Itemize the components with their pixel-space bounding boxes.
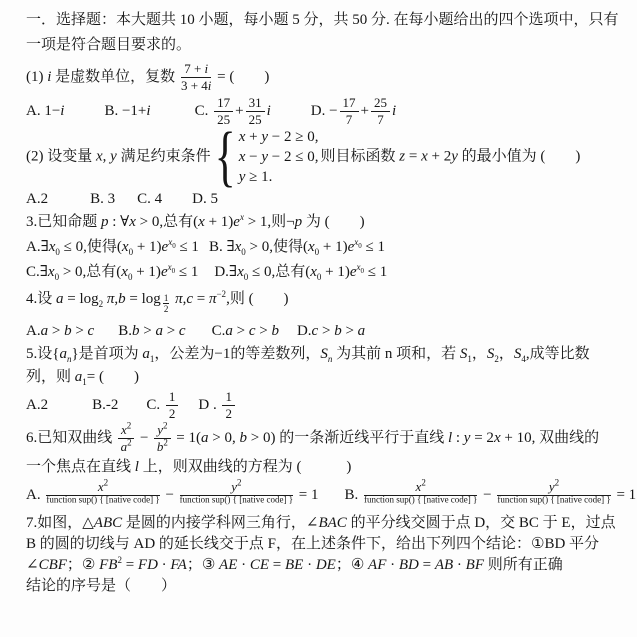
text-run: + (245, 129, 261, 145)
text-run: = 2 (470, 430, 493, 446)
text-run: ；④ (336, 557, 368, 573)
fraction: y2function sup() { [native code] } (497, 480, 610, 512)
left-brace-glyph: { (215, 123, 236, 191)
text-run: > (255, 323, 271, 339)
text-run: }是首项为 (71, 346, 142, 362)
text-run: 为 ( ) (302, 214, 365, 230)
q2-stem: (2) 设变量 x, y 满足约束条件{x + y − 2 ≥ 0,x − y … (26, 127, 619, 187)
text-run: A.∃ (26, 239, 49, 255)
superscript: 2 (163, 438, 168, 448)
q5-stem-2: 列，则 a1= ( ) (26, 367, 619, 388)
superscript: x0 (168, 262, 176, 272)
text-run: > 0, (209, 430, 240, 446)
text-run: + (235, 103, 243, 119)
text-run: 的平分线交圆于点 D，交 BC 于 E，过点 (347, 515, 616, 531)
text-run: 6.已知双曲线 (26, 430, 116, 446)
q4-stem: 4.设 a = log2 π,b = log12 π,c = π−2,则 ( ) (26, 289, 619, 314)
text-run: > (163, 323, 179, 339)
text-run: 则所有正确 (484, 557, 563, 573)
text-run: + 1) (133, 239, 161, 255)
text-run: 一．选择题：本大题共 10 小题，每小题 5 分，共 50 分. 在每小题给出的… (26, 12, 619, 28)
text-run: ，公差为−1的等差数列， (154, 346, 320, 362)
math-variable: FB (99, 557, 117, 573)
option-gap (48, 202, 90, 203)
fraction: 12 (166, 390, 179, 422)
text-run: A.2 (26, 397, 48, 413)
text-run: > 1,则¬ (244, 214, 295, 230)
text-run: = (419, 557, 435, 573)
text-run: 上，则双曲线的方程为 ( ) (139, 459, 352, 475)
intro-line-2: 一项是符合题目要求的。 (26, 35, 619, 56)
math-variable: AF (368, 557, 386, 573)
q7-stem-1: 7.如图，△ABC 是圆的内接学科网三角行，∠BAC 的平分线交圆于点 D，交 … (26, 513, 619, 534)
math-variable: x (237, 264, 244, 280)
q6-stem-1: 6.已知双曲线 x2a2 − y2b2 = 1(a > 0, b > 0) 的一… (26, 423, 619, 455)
option-gap (199, 250, 209, 251)
superscript: 2 (237, 477, 242, 487)
text-run: B 的圆的切线与 AD 的延长线交于点 F，在上述条件下，给出下列四个结论：①B… (26, 536, 599, 552)
math-variable: x (421, 149, 428, 165)
text-run: ,成等比数 (526, 346, 590, 362)
q1-options: A. 1−iB. −1+iC. 1725+3125iD. −177+257i (26, 96, 619, 128)
math-variable: a (155, 323, 163, 339)
fraction: 7 + i3 + 4i (181, 62, 211, 94)
math-variable: BAC (318, 515, 346, 531)
text-run: C.∃ (26, 264, 48, 280)
fraction: x2a2 (118, 423, 134, 455)
math-variable: i (60, 103, 64, 119)
math-variable: x (96, 149, 103, 165)
text-run: = 1 (295, 487, 318, 503)
math-variable: FA (170, 557, 186, 573)
fraction: 12 (222, 390, 235, 422)
superscript: x0 (168, 237, 176, 247)
constraint-row: x + y − 2 ≥ 0, (239, 127, 319, 147)
text-run: − 2 ≥ 0, (268, 129, 318, 145)
math-variable: ABC (94, 515, 122, 531)
q3-options-ab: A.∃x0 ≤ 0,使得(x0 + 1)ex0 ≤ 1B. ∃x0 > 0,使得… (26, 237, 619, 258)
q6-options: A. x2function sup() { [native code] } − … (26, 480, 619, 512)
text-run: > (48, 323, 64, 339)
text-run: > 0,总有( (136, 214, 198, 230)
text-run: > (342, 323, 358, 339)
math-variable: x (310, 264, 317, 280)
math-variable: i (146, 103, 150, 119)
text-run: 的最小值为 ( ) (458, 149, 581, 165)
math-variable: a (56, 291, 64, 307)
text-run: C. (195, 103, 213, 119)
text-run: + 2 (428, 149, 451, 165)
text-run: > (233, 323, 249, 339)
text-run: ≤ 1 (175, 264, 198, 280)
text-run: 是圆的内接学科网三角行，∠ (122, 515, 318, 531)
text-run: B. −1+ (104, 103, 146, 119)
text-run: > 0,使得( (246, 239, 308, 255)
text-run: A.2 (26, 191, 48, 207)
text-run: ≤ 0,使得( (60, 239, 122, 255)
math-variable: a (59, 346, 67, 362)
text-run: = ( ) (87, 369, 139, 385)
intro-line-1: 一．选择题：本大题共 10 小题，每小题 5 分，共 50 分. 在每小题给出的… (26, 10, 619, 31)
math-variable: BE (285, 557, 303, 573)
text-run: > 0,总有( (59, 264, 121, 280)
math-variable: CE (250, 557, 269, 573)
text-run: D. − (311, 103, 338, 119)
text-run: (2) 设变量 (26, 149, 96, 165)
math-variable: a (142, 346, 150, 362)
text-run: · (453, 557, 466, 573)
text-run: 满足约束条件 (117, 149, 211, 165)
q7-stem-4: 结论的序号是（ ） (26, 576, 619, 597)
math-variable: c (88, 323, 95, 339)
q1-stem: (1) i 是虚数单位，复数 7 + i3 + 4i = ( ) (26, 62, 619, 94)
text-run: > (72, 323, 88, 339)
text-run: 是虚数单位，复数 (51, 69, 179, 85)
option-gap (279, 334, 297, 335)
math-variable: b (118, 291, 126, 307)
math-variable: b (64, 323, 72, 339)
text-run: + 1) (132, 264, 160, 280)
q5-options: A.2B.-2C. 12D . 12 (26, 390, 619, 422)
text-run: ， (472, 346, 487, 362)
text-run: ≤ 1 (362, 239, 385, 255)
option-gap (64, 114, 104, 115)
fraction: 257 (371, 96, 390, 128)
superscript: function sup() { [native code] } (46, 495, 159, 505)
superscript: x0 (357, 262, 365, 272)
math-variable: p (295, 214, 303, 230)
text-run: = (405, 149, 421, 165)
text-run: = 1( (173, 430, 201, 446)
superscript: 2 (104, 477, 109, 487)
text-run: − (136, 430, 152, 446)
option-gap (198, 275, 214, 276)
math-variable: FD (138, 557, 158, 573)
text-run: 列，则 (26, 369, 75, 385)
fraction: y2function sup() { [native code] } (180, 480, 293, 512)
text-run: · (386, 557, 399, 573)
superscript: 2 (127, 438, 132, 448)
text-run: D. (297, 323, 312, 339)
math-variable: e (233, 214, 240, 230)
text-run: 一个焦点在直线 (26, 459, 135, 475)
text-run: D . (198, 397, 220, 413)
math-variable: a (41, 323, 49, 339)
text-run: A. 1− (26, 103, 60, 119)
option-gap (48, 408, 92, 409)
text-run: 一项是符合题目要求的。 (26, 37, 191, 53)
math-variable: AB (435, 557, 453, 573)
q3-stem: 3.已知命题 p : ∀x > 0,总有(x + 1)ex > 1,则¬p 为 … (26, 212, 619, 233)
q4-options: A.a > b > cB.b > a > cC.a > c > bD.c > b… (26, 321, 619, 342)
text-run: A. (26, 487, 44, 503)
text-run: − 2 ≤ 0, (268, 149, 318, 165)
math-variable: S (320, 346, 328, 362)
math-variable: b (239, 430, 247, 446)
superscript: 2 (421, 477, 426, 487)
text-run: B. ∃ (209, 239, 235, 255)
text-run: − (245, 149, 261, 165)
math-variable: y (110, 149, 117, 165)
text-run: = log (64, 291, 99, 307)
text-run: ≤ 0,总有( (248, 264, 310, 280)
option-gap (115, 202, 137, 203)
superscript: 2 (127, 421, 132, 431)
text-run: 3.已知命题 (26, 214, 101, 230)
q3-options-cd: C.∃x0 > 0,总有(x0 + 1)ex0 ≤ 1D.∃x0 ≤ 0,总有(… (26, 262, 619, 283)
math-variable: x (122, 239, 129, 255)
text-run: > 0) 的一条渐近线平行于直线 (247, 430, 448, 446)
superscript: function sup() { [native code] } (180, 495, 293, 505)
math-variable: a (201, 430, 209, 446)
option-gap (94, 334, 118, 335)
text-run: ,则 ( ) (226, 291, 289, 307)
fraction: x2function sup() { [native code] } (46, 480, 159, 512)
math-variable: y (451, 149, 458, 165)
text-run: (1) (26, 69, 47, 85)
math-variable: CBF (39, 557, 67, 573)
math-variable: x (129, 214, 136, 230)
superscript: −2 (216, 289, 226, 299)
text-run: B. (118, 323, 132, 339)
math-variable: x (121, 264, 128, 280)
math-variable: b (271, 323, 279, 339)
math-variable: π (175, 291, 183, 307)
text-run: + 1) (321, 264, 349, 280)
text-run: − (479, 487, 495, 503)
text-run: B. (345, 487, 363, 503)
option-gap (180, 408, 198, 409)
superscript: 2 (555, 477, 560, 487)
text-run: 5.设{ (26, 346, 59, 362)
text-run: = log (126, 291, 161, 307)
q6-stem-2: 一个焦点在直线 l 上，则双曲线的方程为 ( ) (26, 457, 619, 478)
text-run: ∠ (26, 557, 39, 573)
text-run: > (318, 323, 334, 339)
log-base-fraction: 12 (163, 293, 170, 315)
text-run: ≤ 1 (176, 239, 199, 255)
text-run: : (452, 430, 464, 446)
text-run: > (139, 323, 155, 339)
fraction: 177 (340, 96, 359, 128)
text-run: · (158, 557, 171, 573)
fraction: y2b2 (154, 423, 170, 455)
option-gap (319, 498, 345, 499)
text-run: B.-2 (92, 397, 118, 413)
text-run: C. 4 (137, 191, 162, 207)
text-run: ；② (67, 557, 99, 573)
text-run: · (237, 557, 250, 573)
superscript: function sup() { [native code] } (364, 495, 477, 505)
text-run: C. (146, 397, 164, 413)
text-run: = ( ) (213, 69, 269, 85)
constraint-row: y ≥ 1. (239, 167, 319, 187)
text-run: = (122, 557, 138, 573)
text-run: 则目标函数 (321, 149, 400, 165)
option-gap (118, 408, 146, 409)
superscript: function sup() { [native code] } (497, 495, 610, 505)
math-variable: p (101, 214, 109, 230)
math-variable: x (308, 239, 315, 255)
math-variable: e (161, 264, 168, 280)
text-run: 7 + (184, 61, 204, 76)
math-variable: x (494, 430, 501, 446)
math-variable: x (198, 214, 205, 230)
math-variable: a (225, 323, 233, 339)
text-run: C. (212, 323, 226, 339)
text-run: 结论的序号是（ ） (26, 578, 176, 594)
math-variable: BF (466, 557, 484, 573)
text-run: ；③ (187, 557, 219, 573)
text-run: ， (499, 346, 514, 362)
text-run: B. 3 (90, 191, 115, 207)
text-run: 7.如图，△ (26, 515, 94, 531)
text-run: 为其前 n 项和，若 (332, 346, 460, 362)
math-variable: AE (219, 557, 237, 573)
fraction: 3125 (246, 96, 265, 128)
superscript: 2 (163, 421, 168, 431)
exam-page: 一．选择题：本大题共 10 小题，每小题 5 分，共 50 分. 在每小题给出的… (0, 0, 637, 597)
text-run: = 1 (613, 487, 636, 503)
superscript: x0 (354, 237, 362, 247)
fraction: x2function sup() { [native code] } (364, 480, 477, 512)
math-variable: x (48, 264, 55, 280)
math-variable: DE (316, 557, 336, 573)
option-gap (186, 334, 212, 335)
q5-stem-1: 5.设{an}是首项为 a1，公差为−1的等差数列，Sn 为其前 n 项和，若 … (26, 344, 619, 365)
constraint-row: x − y − 2 ≤ 0, (239, 147, 319, 167)
text-run: : ∀ (109, 214, 130, 230)
option-gap (162, 202, 192, 203)
q2-options: A.2B. 3C. 4D. 5 (26, 189, 619, 210)
math-variable: e (350, 264, 357, 280)
constraint-system: {x + y − 2 ≥ 0,x − y − 2 ≤ 0,y ≥ 1. (215, 127, 319, 187)
option-gap (151, 114, 195, 115)
text-run: + 10, 双曲线的 (501, 430, 599, 446)
math-variable: c (179, 323, 186, 339)
math-variable: b (334, 323, 342, 339)
text-run: ≥ 1. (245, 169, 272, 185)
text-run: = (193, 291, 209, 307)
math-variable: i (208, 78, 212, 93)
q7-stem-2: B 的圆的切线与 AD 的延长线交于点 F，在上述条件下，给出下列四个结论：①B… (26, 534, 619, 555)
math-variable: BD (399, 557, 419, 573)
math-variable: c (186, 291, 193, 307)
text-run: ≤ 1 (364, 264, 387, 280)
text-run: 3 + 4 (181, 78, 208, 93)
text-run: + 1) (319, 239, 347, 255)
text-run: 4.设 (26, 291, 56, 307)
math-variable: a (358, 323, 366, 339)
text-run: − (162, 487, 178, 503)
option-gap (271, 114, 311, 115)
math-variable: i (205, 61, 209, 76)
math-variable: i (392, 103, 396, 119)
text-run: = (269, 557, 285, 573)
text-run: + 1) (205, 214, 233, 230)
text-run: D.∃ (214, 264, 237, 280)
text-run: · (303, 557, 316, 573)
math-variable: i (267, 103, 271, 119)
text-run: + (361, 103, 369, 119)
text-run: A. (26, 323, 41, 339)
q7-stem-3: ∠CBF；② FB2 = FD · FA；③ AE · CE = BE · DE… (26, 555, 619, 576)
